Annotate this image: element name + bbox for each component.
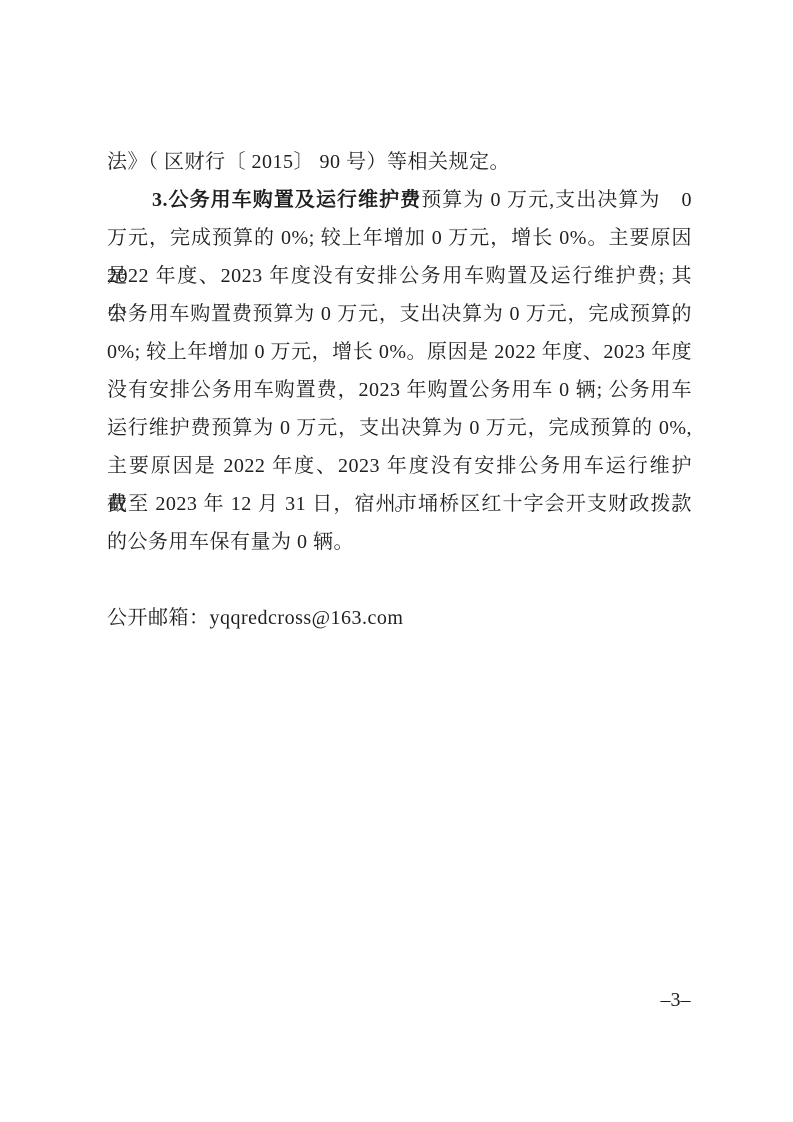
body-line-5: 公务用车购置费预算为 0 万元，支出决算为 0 万元，完成预算的 (107, 295, 692, 333)
body-text: 没有安排公务用车购置费，2023 年购置公务用车 0 辆; 公务用车 (107, 379, 692, 401)
body-line-6: 0%; 较上年增加 0 万元，增长 0%。原因是 2022 年度、2023 年度 (107, 333, 692, 371)
body-text: 运行维护费预算为 0 万元，支出决算为 0 万元，完成预算的 0%, (107, 417, 692, 439)
subsection-heading: 3.公务用车购置及运行维护费 (152, 189, 421, 211)
body-text: 预算为 0 万元,支出决算为 0 (421, 189, 692, 211)
body-text: 0%; 较上年增加 0 万元，增长 0%。原因是 2022 年度、2023 年度 (107, 341, 692, 363)
body-text: 法》（ 区财行〔 2015〕 90 号）等相关规定。 (107, 151, 510, 173)
body-line-10: 截至 2023 年 12 月 31 日，宿州市埇桥区红十字会开支财政拨款 (107, 485, 692, 523)
blank-line (107, 561, 692, 599)
body-line-11: 的公务用车保有量为 0 辆。 (107, 523, 692, 561)
body-text: 公务用车购置费预算为 0 万元，支出决算为 0 万元，完成预算的 (107, 303, 692, 325)
document-page: 法》（ 区财行〔 2015〕 90 号）等相关规定。 3.公务用车购置及运行维护… (0, 0, 793, 1122)
text-block: 法》（ 区财行〔 2015〕 90 号）等相关规定。 3.公务用车购置及运行维护… (107, 143, 692, 637)
body-line-9: 主要原因是 2022 年度、2023 年度没有安排公务用车运行维护费。。 (107, 447, 692, 485)
body-line-2: 3.公务用车购置及运行维护费预算为 0 万元,支出决算为 0 (107, 181, 692, 219)
email-label: 公开邮箱： (107, 607, 210, 629)
body-text: 的公务用车保有量为 0 辆。 (107, 531, 354, 553)
body-line-4: 2022 年度、2023 年度没有安排公务用车购置及运行维护费; 其中， (107, 257, 692, 295)
body-line-7: 没有安排公务用车购置费，2023 年购置公务用车 0 辆; 公务用车 (107, 371, 692, 409)
body-line-3: 万元，完成预算的 0%; 较上年增加 0 万元，增长 0%。主要原因是 (107, 219, 692, 257)
body-line-8: 运行维护费预算为 0 万元，支出决算为 0 万元，完成预算的 0%, (107, 409, 692, 447)
contact-line: 公开邮箱：yqqredcross@163.com (107, 599, 692, 637)
email-address: yqqredcross@163.com (210, 607, 404, 629)
page-number: –3– (628, 985, 723, 1015)
body-line-1: 法》（ 区财行〔 2015〕 90 号）等相关规定。 (107, 143, 692, 181)
body-text: 截至 2023 年 12 月 31 日，宿州市埇桥区红十字会开支财政拨款 (107, 493, 692, 515)
